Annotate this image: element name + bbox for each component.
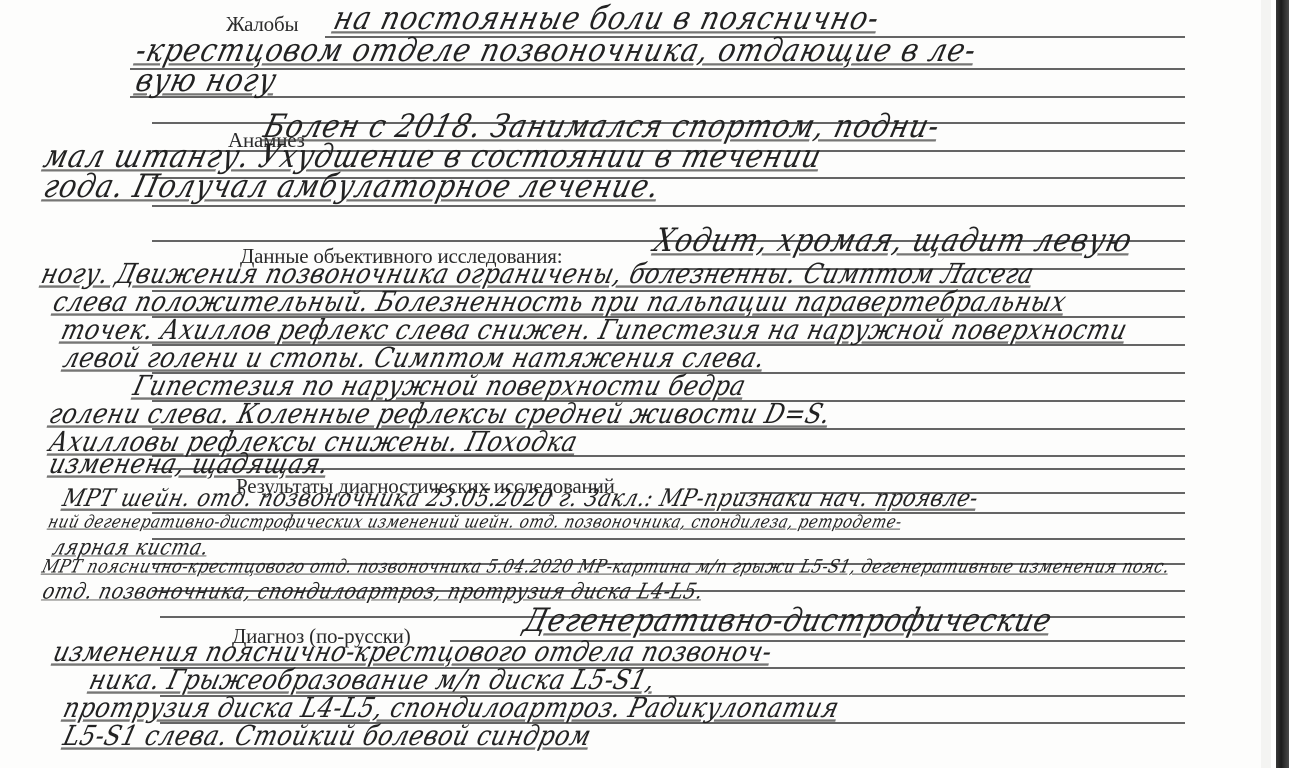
ruled-line <box>130 96 1185 98</box>
objective-text-line-1: Ходит, хромая, щадит левую <box>650 221 1137 259</box>
anamnesis-text-line-3: года. Получал амбулаторное лечение. <box>40 167 664 205</box>
diagnosis-text-line-5: L5-S1 слева. Стойкий болевой синдром <box>60 720 595 752</box>
diagnosis-text-line-1: Дегенеративно-дистрофические <box>520 601 1057 639</box>
diagnostics-text-line-4: МРТ пояснично-крестцового отд. позвоночн… <box>40 555 1172 577</box>
diagnostics-text-line-1: МРТ шейн. отд. позвоночника 23.05.2020 г… <box>60 484 982 512</box>
diagnostics-text-line-2: ний дегенеративно-дистрофических изменен… <box>46 511 904 532</box>
ruled-line <box>152 538 1185 540</box>
complaints-text-line-3: вую ногу <box>132 61 281 99</box>
scanner-edge <box>1276 0 1289 768</box>
page-margin <box>1261 0 1271 768</box>
ruled-line <box>152 205 1185 207</box>
scanned-form-page: Жалобы на постоянные боли в пояснично- -… <box>0 0 1271 768</box>
